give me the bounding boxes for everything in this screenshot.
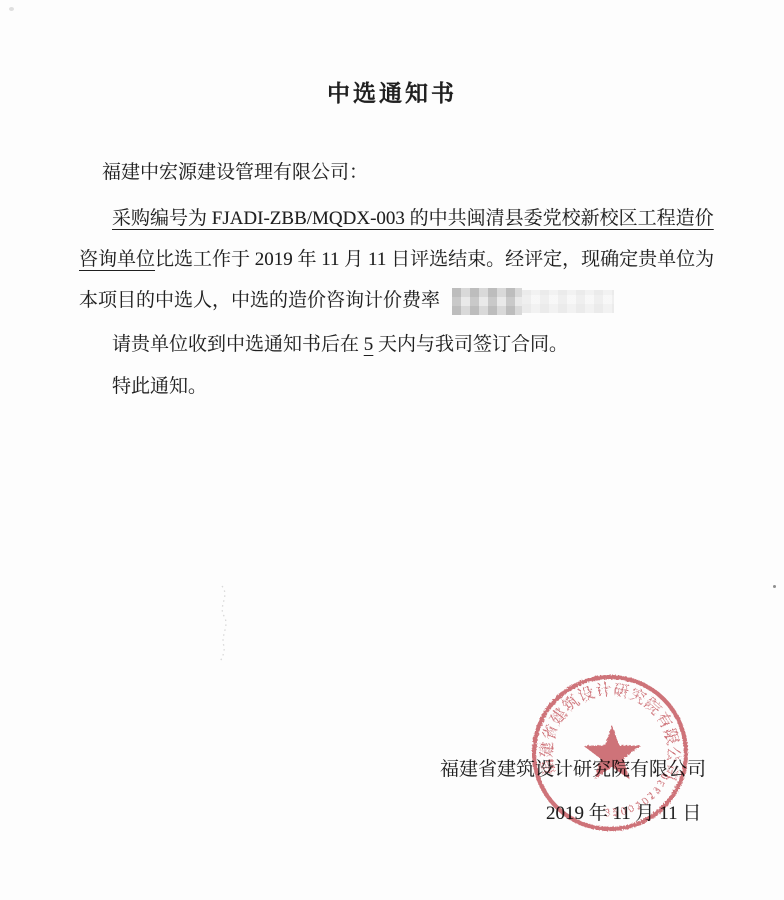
body-line-4: 请贵单位收到中选通知书后在 5 天内与我司签订合同。	[112, 332, 568, 357]
redacted-fee-rate-mosaic-tail	[522, 290, 614, 313]
body-line-4-pre: 请贵单位收到中选通知书后在	[112, 334, 364, 355]
signature-date: 2019 年 11 月 11 日	[546, 801, 701, 826]
recipient-line: 福建中宏源建设管理有限公司：	[102, 160, 368, 185]
underlined-consulting-unit: 咨询单位	[79, 249, 155, 270]
signature-company: 福建省建筑设计研究院有限公司	[440, 757, 706, 782]
underlined-procurement-text: 采购编号为 FJADI-ZBB/MQDX-003 的中共闽清县委党校新校区工程造…	[112, 208, 714, 229]
scan-speck	[9, 7, 14, 11]
document-title: 中选通知书	[327, 75, 457, 108]
redacted-fee-rate-mosaic	[452, 288, 522, 315]
body-line-3: 本项目的中选人，中选的造价咨询计价费率	[79, 288, 440, 313]
underlined-days-number: 5	[364, 334, 374, 355]
scan-speck	[773, 585, 776, 588]
body-line-4-post: 天内与我司签订合同。	[373, 334, 568, 355]
body-line-2: 咨询单位比选工作于 2019 年 11 月 11 日评选结束。经评定，现确定贵单…	[79, 247, 714, 272]
body-line-2-rest: 比选工作于 2019 年 11 月 11 日评选结束。经评定，现确定贵单位为	[155, 249, 714, 270]
body-line-1: 采购编号为 FJADI-ZBB/MQDX-003 的中共闽清县委党校新校区工程造…	[112, 206, 714, 231]
scanned-document-page: 中选通知书 福建中宏源建设管理有限公司： 采购编号为 FJADI-ZBB/MQD…	[0, 0, 784, 900]
scan-smudge-mark	[198, 580, 242, 666]
company-seal-stamp-icon: 福建省建筑设计研究院有限公司 3500202330	[500, 643, 720, 863]
closing-line: 特此通知。	[112, 374, 207, 399]
